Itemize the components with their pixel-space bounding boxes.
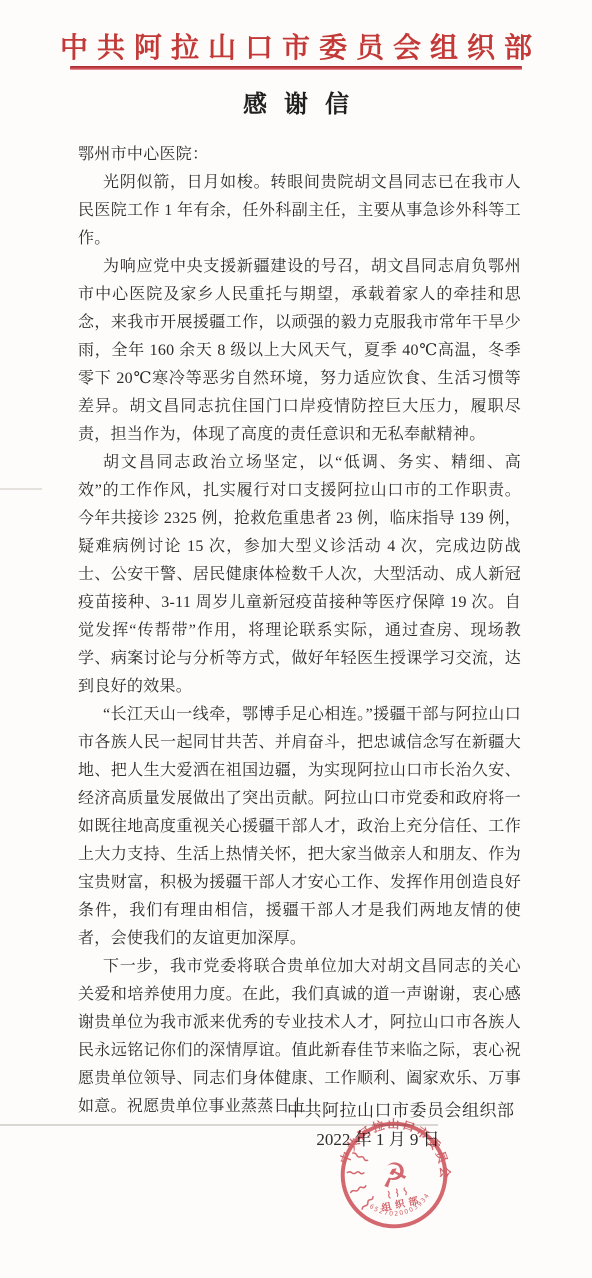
signature-block: 中共阿拉山口市委员会组织部 2022 年 1 月 9 日 <box>287 1097 495 1155</box>
seal-mongolian-script <box>342 1149 378 1211</box>
signature-org: 中共阿拉山口市委员会组织部 <box>287 1097 495 1125</box>
paragraph-1: 光阴似箭，日月如梭。转眼间贵院胡文昌同志已在我市人民医院工作 1 年有余，任外科… <box>78 169 521 253</box>
letter-title: 感谢信 <box>0 84 592 119</box>
seal-mongolian-small <box>388 1187 407 1198</box>
paragraph-5: 下一步，我市党委将联合贵单位加大对胡文昌同志的关心关爱和培养使用力度。在此，我们… <box>78 953 521 1121</box>
header-rule <box>70 66 522 70</box>
signature-date: 2022 年 1 月 9 日 <box>287 1125 469 1155</box>
scan-artifact-line <box>0 1124 438 1126</box>
seal-code-container: 6527020003934 <box>367 1191 435 1224</box>
letter-body: 鄂州市中心医院： 光阴似箭，日月如梭。转眼间贵院胡文昌同志已在我市人民医院工作 … <box>78 141 521 1121</box>
seal-code: 6527020003934 <box>367 1191 435 1224</box>
party-emblem-icon: ☭ <box>376 1153 412 1196</box>
salutation: 鄂州市中心医院： <box>78 141 521 169</box>
issuer-title: 中共阿拉山口市委员会组织部 <box>0 26 592 66</box>
scan-artifact-dash <box>0 488 42 490</box>
letter-page: 中共阿拉山口市委员会组织部 感谢信 鄂州市中心医院： 光阴似箭，日月如梭。转眼间… <box>0 0 592 1278</box>
seal-department: 组织部 <box>380 1193 423 1214</box>
paragraph-3: 胡文昌同志政治立场坚定，以“低调、务实、精细、高效”的工作作风，扎实履行对口支援… <box>78 449 521 701</box>
paragraph-2: 为响应党中央支援新疆建设的号召，胡文昌同志肩负鄂州市中心医院及家乡人民重托与期望… <box>78 253 521 449</box>
paragraph-4: “长江天山一线牵，鄂博手足心相连。”援疆干部与阿拉山口市各族人民一起同甘共苦、并… <box>78 701 521 953</box>
